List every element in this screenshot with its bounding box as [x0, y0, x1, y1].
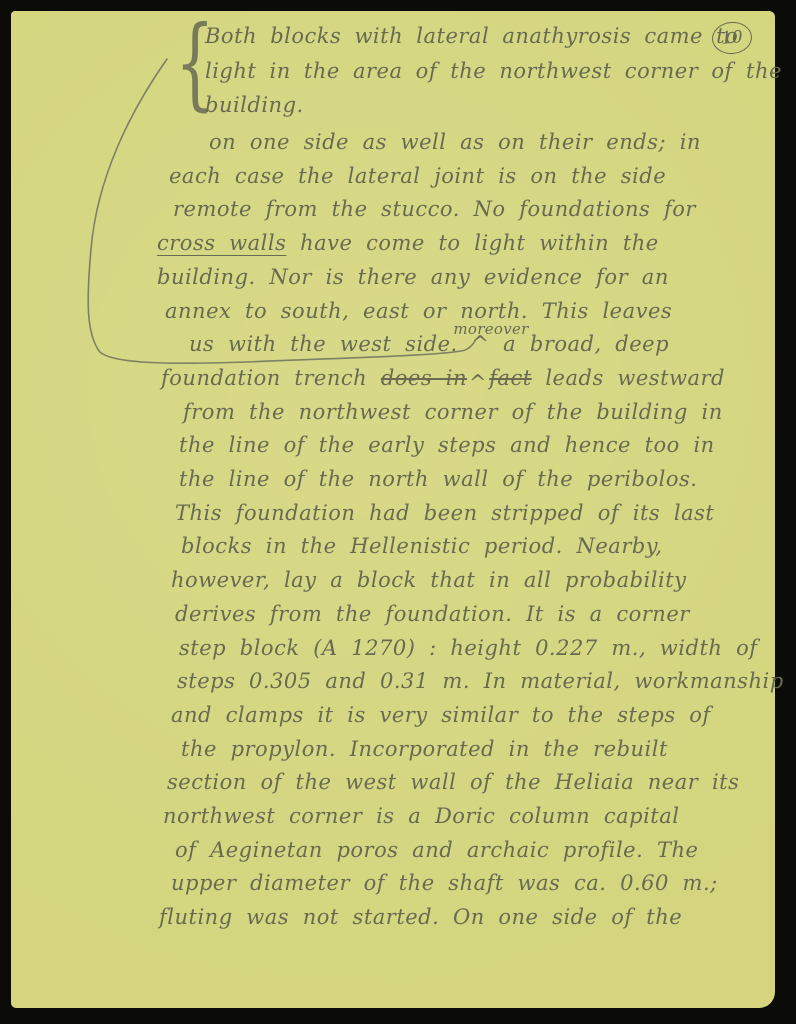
struck-text: does in — [381, 366, 467, 390]
text-segment: fluting was not started. On one side of … — [159, 905, 682, 929]
insertion-caret: ^ — [469, 367, 487, 401]
handwritten-line: steps 0.305 and 0.31 m. In material, wor… — [177, 665, 775, 699]
handwritten-line: derives from the foundation. It is a cor… — [175, 598, 775, 632]
text-segment: step block (A 1270) : height 0.227 m., w… — [179, 636, 758, 660]
text-segment: the line of the north wall of the peribo… — [179, 467, 697, 491]
handwritten-line: This foundation had been stripped of its… — [175, 497, 775, 531]
text-segment: annex to south, east or north. This leav… — [165, 299, 672, 323]
header-note-line: Both blocks with lateral anathyrosis cam… — [205, 19, 782, 54]
insertion-caret: ^moreover — [471, 328, 489, 362]
handwritten-line: section of the west wall of the Heliaia … — [167, 766, 775, 800]
text-segment: building. Nor is there any evidence for … — [157, 265, 669, 289]
handwritten-line: step block (A 1270) : height 0.227 m., w… — [179, 632, 775, 666]
text-segment: each case the lateral joint is on the si… — [169, 164, 666, 188]
text-segment: leads westward — [532, 366, 725, 390]
inserted-word: moreover — [453, 313, 528, 347]
header-note-line: light in the area of the northwest corne… — [205, 54, 782, 89]
text-segment: have come to light within the — [286, 231, 658, 255]
handwritten-line: from the northwest corner of the buildin… — [183, 396, 775, 430]
header-note: Both blocks with lateral anathyrosis cam… — [205, 19, 782, 123]
handwritten-line: the line of the early steps and hence to… — [179, 429, 775, 463]
text-segment: upper diameter of the shaft was ca. 0.60… — [171, 871, 718, 895]
handwritten-line: remote from the stucco. No foundations f… — [173, 193, 775, 227]
notebook-page: { Both blocks with lateral anathyrosis c… — [11, 11, 775, 1008]
handwritten-line: the line of the north wall of the peribo… — [179, 463, 775, 497]
handwritten-line: of Aeginetan poros and archaic profile. … — [175, 834, 775, 868]
text-segment: blocks in the Hellenistic period. Nearby… — [181, 534, 663, 558]
text-segment: of Aeginetan poros and archaic profile. … — [175, 838, 698, 862]
handwritten-line: northwest corner is a Doric column capit… — [163, 800, 775, 834]
text-segment: foundation trench — [161, 366, 381, 390]
scan-background: { Both blocks with lateral anathyrosis c… — [0, 0, 796, 1024]
handwritten-line: fluting was not started. On one side of … — [159, 901, 775, 935]
body-text: on one side as well as on their ends; in… — [157, 126, 775, 935]
handwritten-line: us with the west side. ^moreover a broad… — [189, 328, 775, 362]
page-number: 10 — [720, 27, 743, 49]
text-segment: on one side as well as on their ends; in — [209, 130, 701, 154]
text-segment: from the northwest corner of the buildin… — [183, 400, 723, 424]
handwritten-line: and clamps it is very similar to the ste… — [171, 699, 775, 733]
handwritten-line: the propylon. Incorporated in the rebuil… — [181, 733, 775, 767]
text-segment: northwest corner is a Doric column capit… — [163, 804, 679, 828]
handwritten-line: foundation trench does in^fact leads wes… — [161, 362, 775, 396]
text-segment: remote from the stucco. No foundations f… — [173, 197, 696, 221]
handwritten-line: each case the lateral joint is on the si… — [169, 160, 775, 194]
handwritten-line: upper diameter of the shaft was ca. 0.60… — [171, 867, 775, 901]
text-segment: however, lay a block that in all probabi… — [171, 568, 687, 592]
handwritten-line: on one side as well as on their ends; in — [209, 126, 775, 160]
text-segment: the propylon. Incorporated in the rebuil… — [181, 737, 668, 761]
struck-text: fact — [489, 366, 532, 390]
text-segment: the line of the early steps and hence to… — [179, 433, 715, 457]
handwritten-line: building. Nor is there any evidence for … — [157, 261, 775, 295]
text-segment: This foundation had been stripped of its… — [175, 501, 714, 525]
handwritten-line: blocks in the Hellenistic period. Nearby… — [181, 530, 775, 564]
text-segment: section of the west wall of the Heliaia … — [167, 770, 739, 794]
handwritten-line: however, lay a block that in all probabi… — [171, 564, 775, 598]
underlined-text: cross walls — [157, 231, 286, 255]
text-segment: derives from the foundation. It is a cor… — [175, 602, 690, 626]
text-segment: steps 0.305 and 0.31 m. In material, wor… — [177, 669, 784, 693]
text-segment: and clamps it is very similar to the ste… — [171, 703, 711, 727]
header-note-line: building. — [205, 88, 782, 123]
handwritten-line: cross walls have come to light within th… — [157, 227, 775, 261]
text-segment: us with the west side. — [189, 332, 471, 356]
